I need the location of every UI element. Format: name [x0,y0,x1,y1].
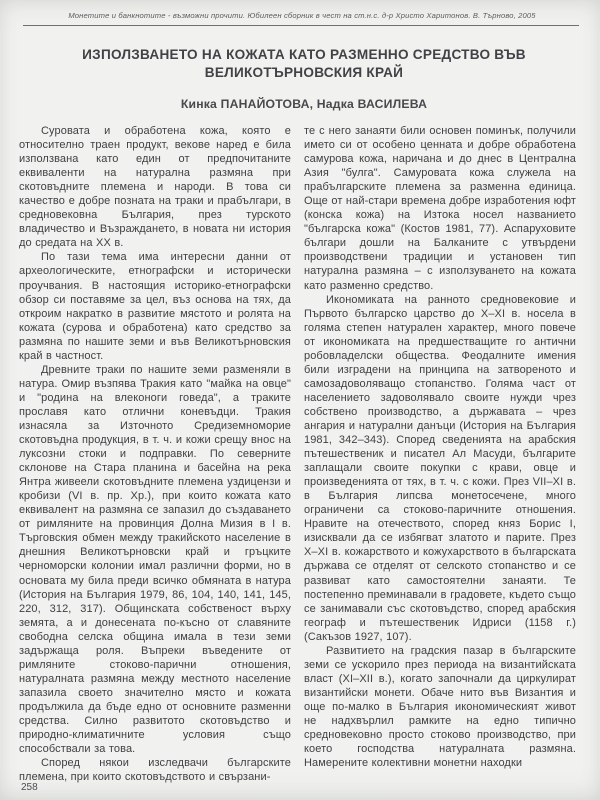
paragraph: те с него занаяти били основен поминък, … [304,124,576,293]
paragraph: По тази тема има интересни данни от архе… [19,250,291,362]
page-number: 258 [21,782,38,793]
article-authors: Кинка ПАНАЙОТОВА, Надка ВАСИЛЕВА [52,97,556,111]
right-column: те с него занаяти били основен поминък, … [304,124,576,784]
paragraph: Икономиката на ранното средновековие и П… [304,293,576,644]
scanned-book-page: Монетите и банкнотите - възможни прочити… [0,0,600,800]
paragraph: Древните траки по нашите земи разменяли … [19,363,291,756]
paragraph: Според някои изследвачи българските плем… [19,756,291,784]
paragraph: Развитието на градския пазар в български… [304,644,576,770]
running-header: Монетите и банкнотите - възможни прочити… [28,11,576,20]
article-title: ИЗПОЛЗВАНЕТО НА КОЖАТА КАТО РАЗМЕННО СРЕ… [52,46,556,81]
paragraph: Суровата и обработена кожа, която е отно… [19,124,291,250]
left-column: Суровата и обработена кожа, която е отно… [19,124,291,784]
body-columns: Суровата и обработена кожа, която е отно… [19,124,576,784]
header-rule [23,25,579,26]
